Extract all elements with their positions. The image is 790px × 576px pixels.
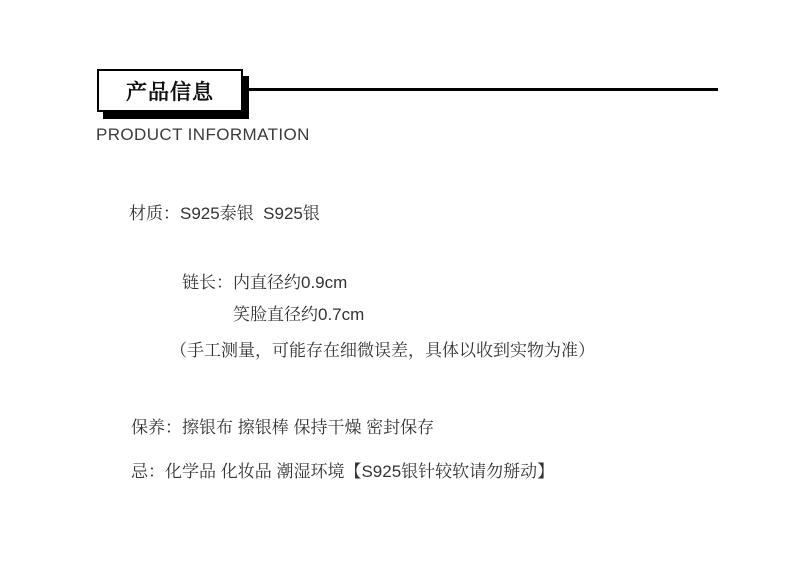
header-rule-line (241, 88, 718, 91)
section-title-cn: 产品信息 (126, 76, 214, 106)
spec-avoid-warning: 忌：化学品 化妆品 潮湿环境【S925银针较软请勿掰动】 (131, 461, 554, 483)
spec-material: 材质：S925泰银 S925银 (129, 203, 320, 225)
spec-length-line2: 笑脸直径约0.7cm (233, 304, 364, 326)
spec-measurement-note: （手工测量，可能存在细微误差，具体以收到实物为准） (170, 340, 595, 362)
product-information-section: 产品信息 PRODUCT INFORMATION 材质：S925泰银 S925银… (0, 0, 790, 576)
spec-care-instructions: 保养：擦银布 擦银棒 保持干燥 密封保存 (131, 417, 434, 439)
section-title-box: 产品信息 (97, 69, 243, 112)
section-title-en: PRODUCT INFORMATION (96, 125, 310, 145)
spec-length-line1: 链长：内直径约0.9cm (182, 272, 347, 294)
